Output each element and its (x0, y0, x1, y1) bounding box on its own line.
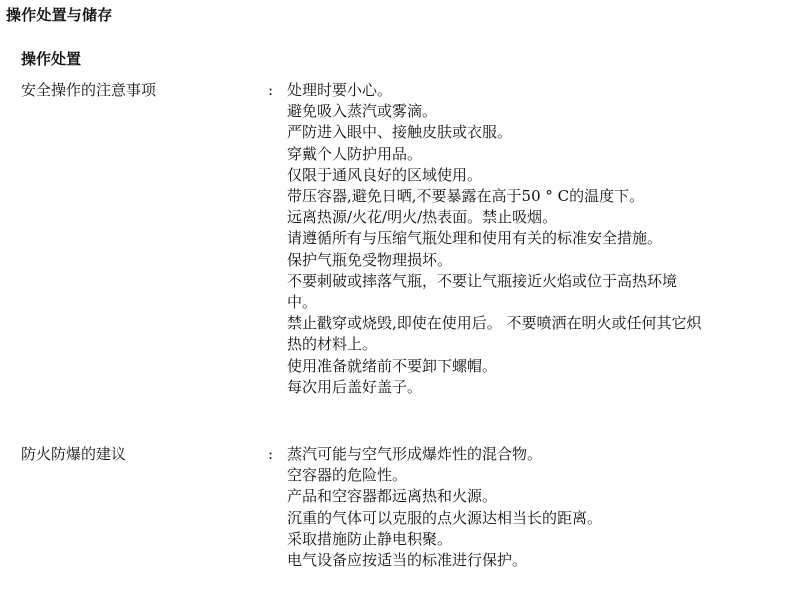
row-lines: 蒸汽可能与空气形成爆炸性的混合物。 空容器的危险性。 产品和空容器都远离热和火源… (287, 444, 782, 571)
line-item: 避免吸入蒸汽或雾滴。 (287, 101, 782, 122)
line-item: 严防进入眼中、接触皮肤或衣服。 (287, 122, 782, 143)
line-item: 热的材料上。 (287, 334, 782, 355)
line-item: 采取措施防止静电积聚。 (287, 529, 782, 550)
line-item: 保护气瓶免受物理损坏。 (287, 250, 782, 271)
subsection-title: 操作处置 (21, 49, 81, 69)
line-item: 禁止戳穿或烧毁,即使在使用后。 不要喷洒在明火或任何其它炽 (287, 313, 782, 334)
row-separator: : (268, 80, 273, 101)
row-label: 防火防爆的建议 (21, 444, 126, 465)
line-item: 不要刺破或摔落气瓶，不要让气瓶接近火焰或位于高热环境 (287, 271, 782, 292)
line-item: 产品和空容器都远离热和火源。 (287, 486, 782, 507)
line-item: 蒸汽可能与空气形成爆炸性的混合物。 (287, 444, 782, 465)
line-item: 使用准备就绪前不要卸下螺帽。 (287, 356, 782, 377)
line-item: 仅限于通风良好的区域使用。 (287, 165, 782, 186)
row-label: 安全操作的注意事项 (21, 80, 156, 101)
row-lines: 处理时要小心。 避免吸入蒸汽或雾滴。 严防进入眼中、接触皮肤或衣服。 穿戴个人防… (287, 80, 782, 398)
line-item: 电气设备应按适当的标准进行保护。 (287, 550, 782, 571)
line-item: 每次用后盖好盖子。 (287, 377, 782, 398)
line-item: 请遵循所有与压缩气瓶处理和使用有关的标准安全措施。 (287, 228, 782, 249)
page-title: 操作处置与储存 (6, 5, 112, 25)
row-separator: : (268, 444, 273, 465)
line-item: 远离热源/火花/明火/热表面。禁止吸烟。 (287, 207, 782, 228)
line-item: 穿戴个人防护用品。 (287, 144, 782, 165)
line-item: 带压容器,避免日晒,不要暴露在高于50 ° C的温度下。 (287, 186, 782, 207)
line-item: 处理时要小心。 (287, 80, 782, 101)
line-item: 中。 (287, 292, 782, 313)
line-item: 空容器的危险性。 (287, 465, 782, 486)
line-item: 沉重的气体可以克服的点火源达相当长的距离。 (287, 508, 782, 529)
